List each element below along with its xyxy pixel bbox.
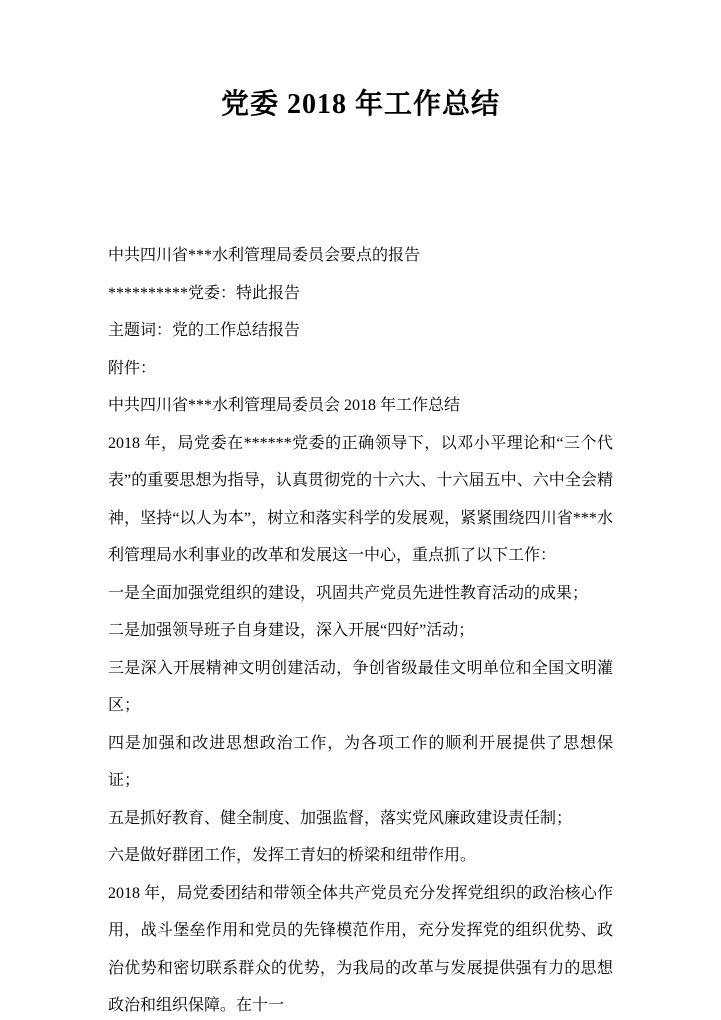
paragraph: 六是做好群团工作，发挥工青妇的桥梁和纽带作用。 (108, 837, 613, 875)
paragraph: **********党委：特此报告 (108, 275, 613, 313)
document-body: 中共四川省***水利管理局委员会要点的报告**********党委：特此报告主题… (108, 237, 613, 1020)
document-page: 党委 2018 年工作总结 中共四川省***水利管理局委员会要点的报告*****… (0, 0, 721, 1020)
paragraph: 附件： (108, 350, 613, 388)
paragraph: 一是全面加强党组织的建设，巩固共产党员先进性教育活动的成果； (108, 575, 613, 613)
paragraph: 五是抓好教育、健全制度、加强监督，落实党风廉政建设责任制； (108, 800, 613, 838)
paragraph: 2018 年，局党委团结和带领全体共产党员充分发挥党组织的政治核心作用，战斗堡垒… (108, 875, 613, 1020)
paragraph: 三是深入开展精神文明创建活动，争创省级最佳文明单位和全国文明灌区； (108, 650, 613, 725)
paragraph: 二是加强领导班子自身建设，深入开展“四好”活动； (108, 612, 613, 650)
paragraph: 2018 年，局党委在******党委的正确领导下，以邓小平理论和“三个代表”的… (108, 425, 613, 575)
paragraph: 中共四川省***水利管理局委员会要点的报告 (108, 237, 613, 275)
paragraph: 主题词：党的工作总结报告 (108, 312, 613, 350)
paragraph: 中共四川省***水利管理局委员会 2018 年工作总结 (108, 387, 613, 425)
paragraph: 四是加强和改进思想政治工作，为各项工作的顺利开展提供了思想保证； (108, 725, 613, 800)
document-title: 党委 2018 年工作总结 (0, 0, 721, 123)
